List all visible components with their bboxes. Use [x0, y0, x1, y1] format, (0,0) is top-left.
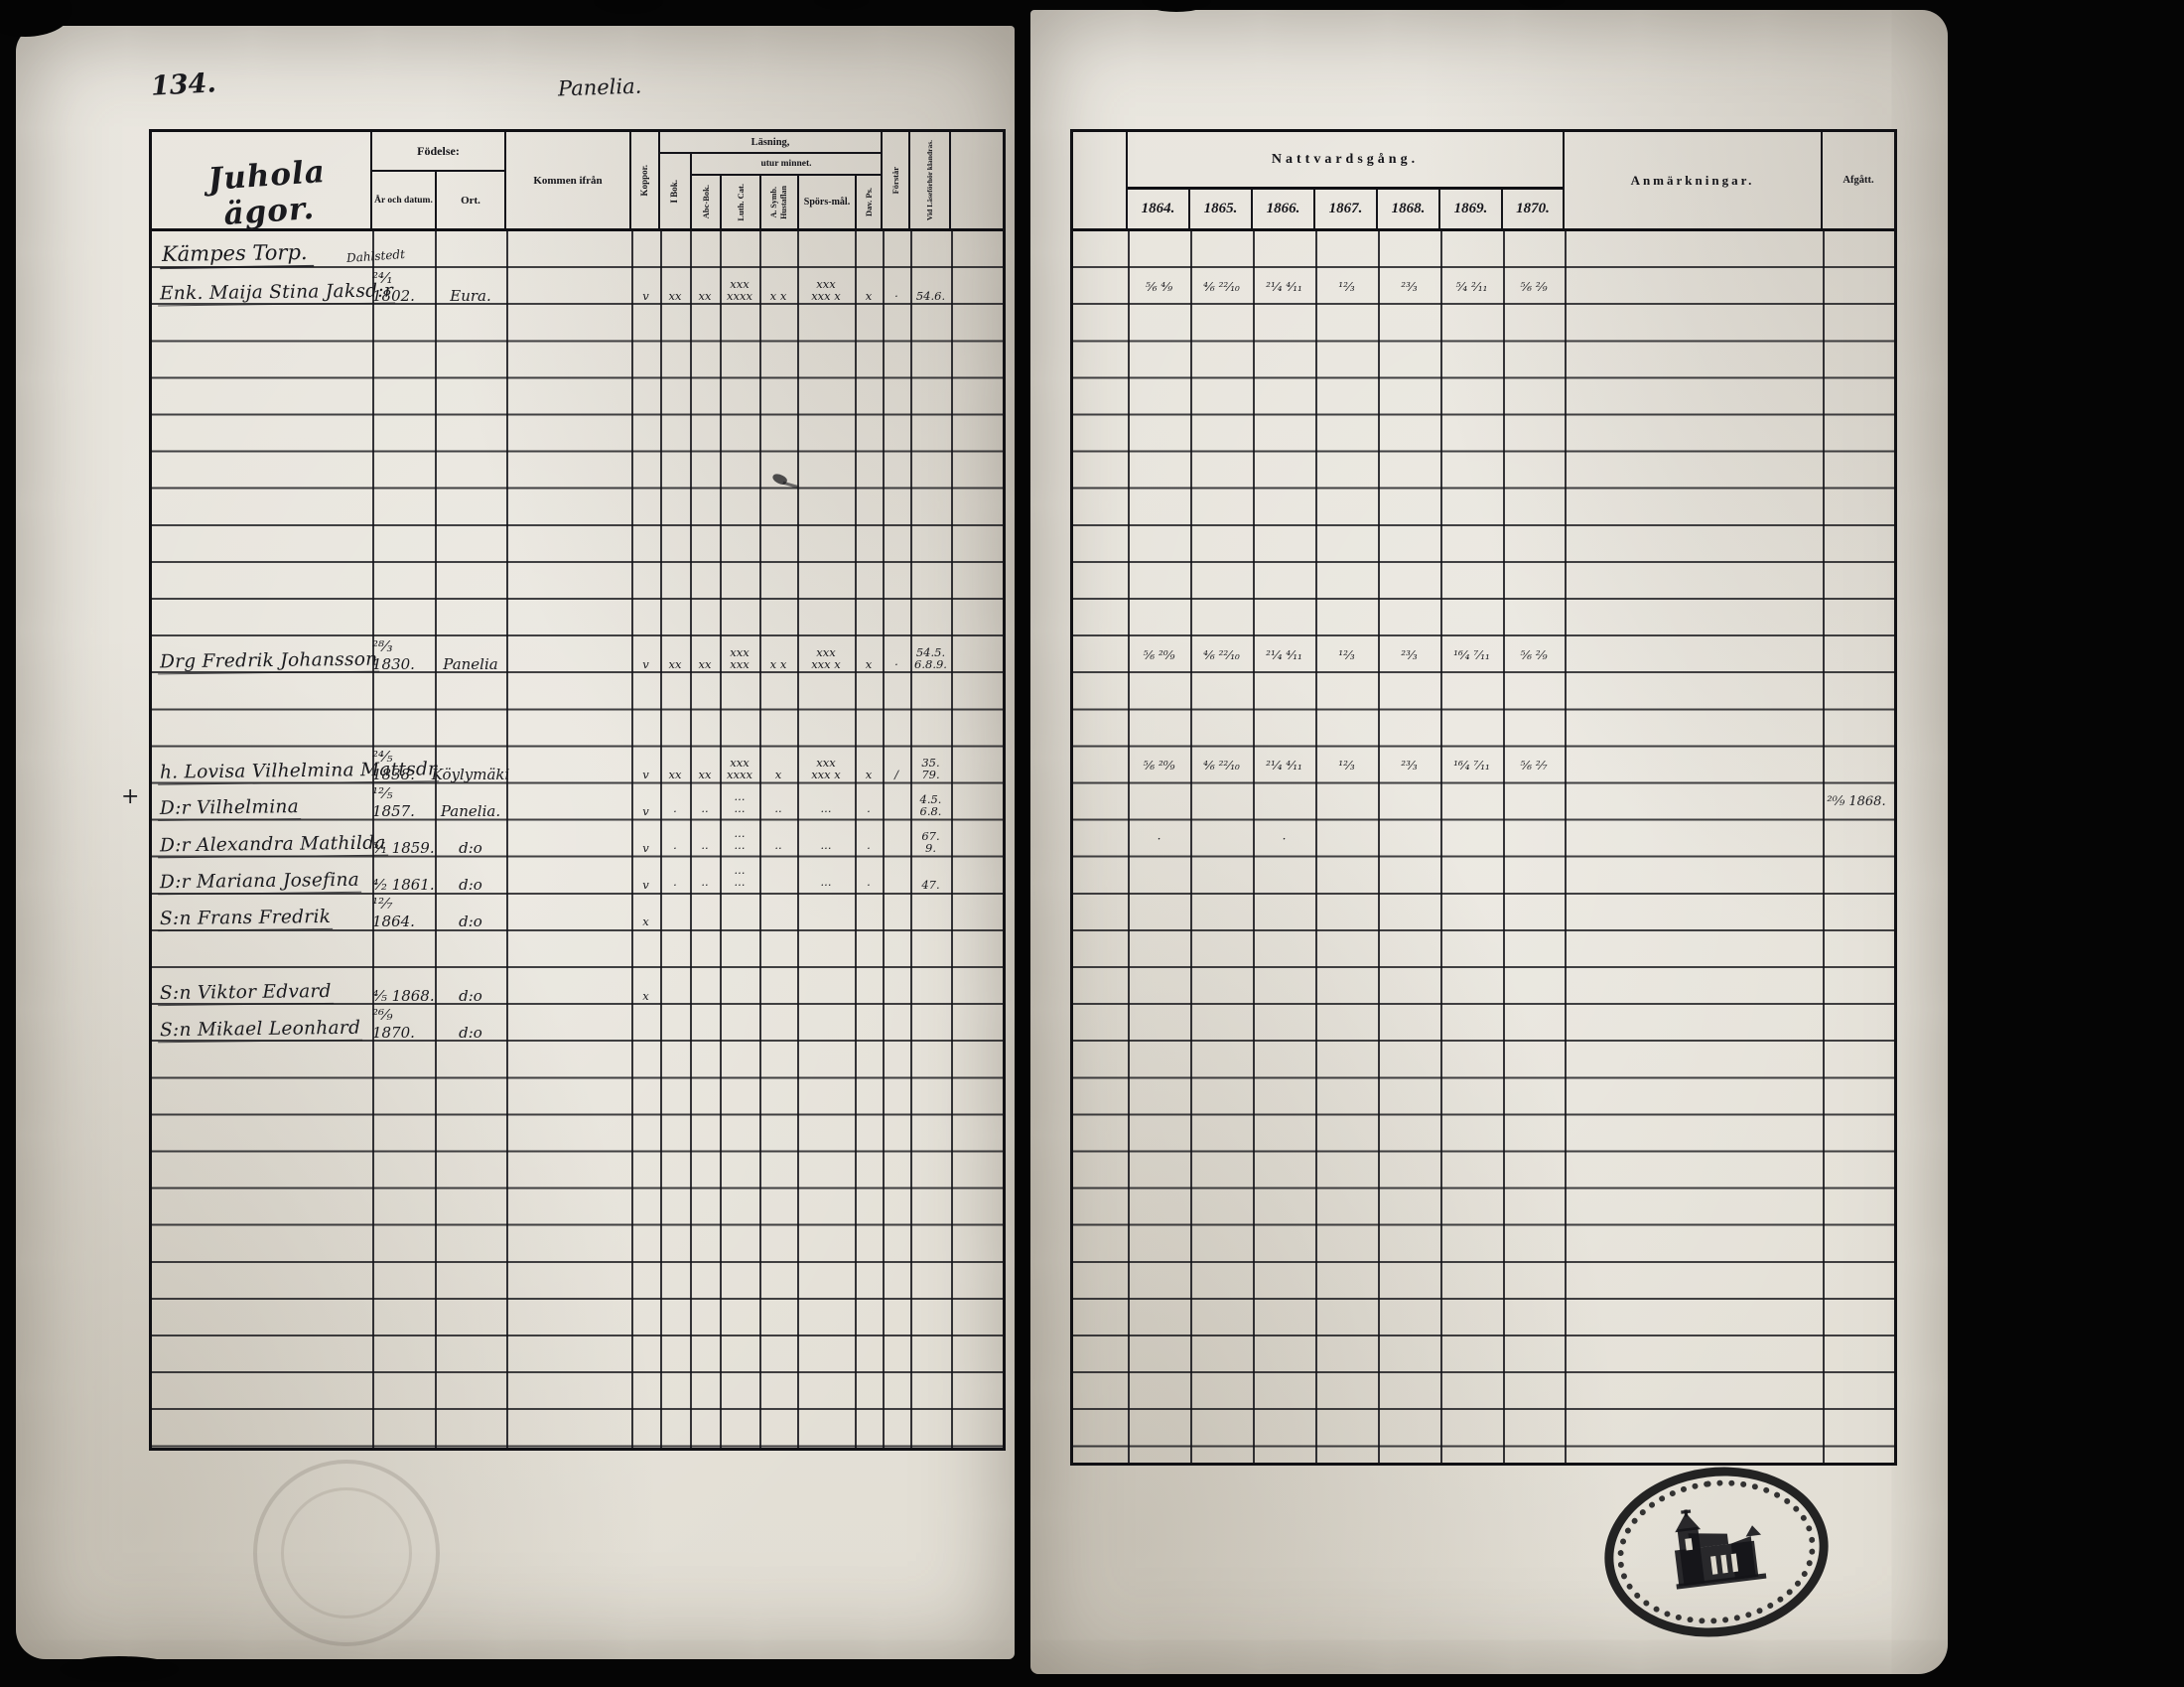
birth-date-header: År och datum. [372, 172, 437, 228]
record-birthdate: ¹²⁄₇ 1864. [372, 894, 435, 930]
reading-marks: x [631, 894, 660, 930]
questions-header: Spörs-mål. [799, 176, 857, 228]
household-table: Juhola ägor. Födelse: År och datum. Ort.… [149, 129, 1006, 1451]
reading-marks: x [631, 968, 660, 1005]
section-heading: Kämpes Torp. [160, 231, 314, 268]
reading-marks: vxxxxxxx xxxxx xxxx xxx xx·54.6. [631, 268, 951, 305]
smallpox-header-cell: Koppor. [631, 132, 660, 228]
reading-marks: v······ ·········4.5. 6.8. [631, 783, 951, 820]
record-birthplace: Köylymäki [435, 747, 506, 783]
communion-marks: ⁵⁄₆ ²⁰⁄₉⁴⁄₆ ²²⁄₁₀²¹⁄₄ ⁴⁄₁₁¹²⁄₃²³⁄₃¹⁶⁄₄ ⁷… [1128, 747, 1565, 783]
page-number: 134. [150, 68, 216, 101]
row-stub-header [1073, 132, 1128, 228]
year-column: 1867. [1315, 190, 1378, 228]
year-column: 1869. [1440, 190, 1503, 228]
understands-header-cell: Förstår [883, 132, 910, 228]
record-birthplace: d:o [435, 968, 506, 1005]
abc-book-header: Abc-Bok. [702, 185, 711, 218]
year-column: 1868. [1378, 190, 1440, 228]
year-column: 1870. [1503, 190, 1563, 228]
year-column: 1864. [1128, 190, 1190, 228]
birth-place-header: Ort. [437, 172, 504, 228]
record-name: D:r Vilhelmina [158, 783, 372, 820]
record-name: Enk. Maija Stina Jaksd:r [158, 268, 372, 305]
spare-column-header [951, 132, 1003, 228]
year-column: 1866. [1253, 190, 1315, 228]
birth-header-cell: Födelse: År och datum. Ort. [372, 132, 506, 228]
record-name: D:r Mariana Josefina [158, 857, 372, 894]
margin-cross-mark: + [121, 784, 139, 809]
birth-header: Födelse: [372, 132, 504, 172]
record-birthdate: ²⁸⁄₃ 1830. [372, 636, 435, 673]
record-birthdate: ²⁴⁄₁ 1802. [372, 268, 435, 305]
arrived-from-header: Kommen ifrån [506, 132, 631, 228]
in-book-header: I Bok. [670, 180, 679, 204]
communion-header: Nattvardsgång. [1128, 132, 1563, 190]
record-birthplace: Panelia. [435, 783, 506, 820]
luther-catechism-header: Luth. Cat. [737, 184, 746, 221]
record-name: S:n Viktor Edvard [158, 968, 372, 1005]
record-birthdate: ¹²⁄₅ 1857. [372, 783, 435, 820]
seal-rim-text [1609, 1469, 1824, 1634]
smallpox-header: Koppor. [640, 165, 649, 196]
year-column: 1865. [1190, 190, 1253, 228]
apostolic-symbol-header: A. Symb. [770, 187, 778, 217]
record-birthdate: ⁴⁄₅ 1868. [372, 968, 435, 1005]
record-name: h. Lovisa Vilhelmina Mattsdr [158, 747, 372, 783]
scan-artifact [60, 1656, 179, 1682]
reading-marks: vxxxxxxx xxxxxxxx xxx xx∕35. 79. [631, 747, 951, 783]
right-table-header: Nattvardsgång. 1864. 1865. 1866. 1867. 1… [1073, 132, 1894, 231]
reading-marks: v······ ·······47. [631, 857, 951, 894]
parish-name: Panelia. [558, 74, 642, 101]
examination-remarks-header: Vid Läseförhör klandras. [926, 140, 934, 220]
record-birthdate: ⁴⁄₂ 1861. [372, 857, 435, 894]
departed-header: Afgått. [1823, 132, 1894, 228]
record-name: D:r Alexandra Mathilda [158, 820, 372, 857]
record-birthplace: d:o [435, 1005, 506, 1042]
departed-date: ²⁰⁄₉ 1868. [1823, 783, 1890, 820]
record-birthdate: ²⁶⁄₉ 1870. [372, 1005, 435, 1042]
record-birthdate: ²⁴⁄₅ 1838. [372, 747, 435, 783]
remarks-header: Anmärkningar. [1565, 132, 1823, 228]
examination-remarks-header-cell: Vid Läseförhör klandras. [910, 132, 951, 228]
scan-artifact [594, 0, 663, 14]
faint-embossed-stamp [253, 1460, 440, 1646]
record-birthdate: ⁵⁄₁ 1859. [372, 820, 435, 857]
estate-title: Juhola ägor. [164, 151, 373, 236]
understands-header: Förstår [891, 167, 900, 194]
communion-years: 1864. 1865. 1866. 1867. 1868. 1869. 1870… [1128, 190, 1563, 228]
record-name: S:n Mikael Leonhard [158, 1005, 372, 1042]
reading-marks: vxxxxxxx xxxx xxxx xxx xx·54.5. 6.8.9. [631, 636, 951, 673]
communion-header-cell: Nattvardsgång. 1864. 1865. 1866. 1867. 1… [1128, 132, 1565, 228]
scan-artifact [1519, 0, 1565, 8]
record-birthplace: d:o [435, 820, 506, 857]
record-name: Drg Fredrik Johansson [158, 636, 372, 673]
names-header-cell: Juhola ägor. [152, 132, 372, 228]
communion-table: Nattvardsgång. 1864. 1865. 1866. 1867. 1… [1070, 129, 1897, 1466]
record-name: S:n Frans Fredrik [158, 894, 372, 930]
reading-header: Läsning, [660, 132, 881, 154]
record-birthplace: Eura. [435, 268, 506, 305]
communion-marks: ⁵⁄₆ ²⁰⁄₉⁴⁄₆ ²²⁄₁₀²¹⁄₄ ⁴⁄₁₁¹²⁄₃²³⁄₃¹⁶⁄₄ ⁷… [1128, 636, 1565, 673]
davids-psalms-header: Dav. Ps. [865, 188, 874, 216]
communion-marks: ·· [1128, 820, 1565, 857]
scan-artifact [814, 0, 869, 10]
reading-marks: v······ ·········67. 9. [631, 820, 951, 857]
reading-header-cell: Läsning, I Bok. utur minnet. Abc-Bok. Lu… [660, 132, 883, 228]
house-table-header: Hustaflan [780, 186, 788, 219]
scanned-parish-register: 134. Panelia. Juhola ägor. Födelse: År o… [0, 0, 2184, 1687]
record-birthplace: d:o [435, 894, 506, 930]
record-birthplace: d:o [435, 857, 506, 894]
communion-marks: ⁵⁄₆ ⁴⁄₉⁴⁄₆ ²²⁄₁₀²¹⁄₄ ⁴⁄₁₁¹²⁄₃²³⁄₃⁵⁄₄ ²⁄₁… [1128, 268, 1565, 305]
from-memory-header: utur minnet. [692, 154, 881, 176]
record-birthplace: Panelia [435, 636, 506, 673]
left-table-header: Juhola ägor. Födelse: År och datum. Ort.… [152, 132, 1003, 231]
